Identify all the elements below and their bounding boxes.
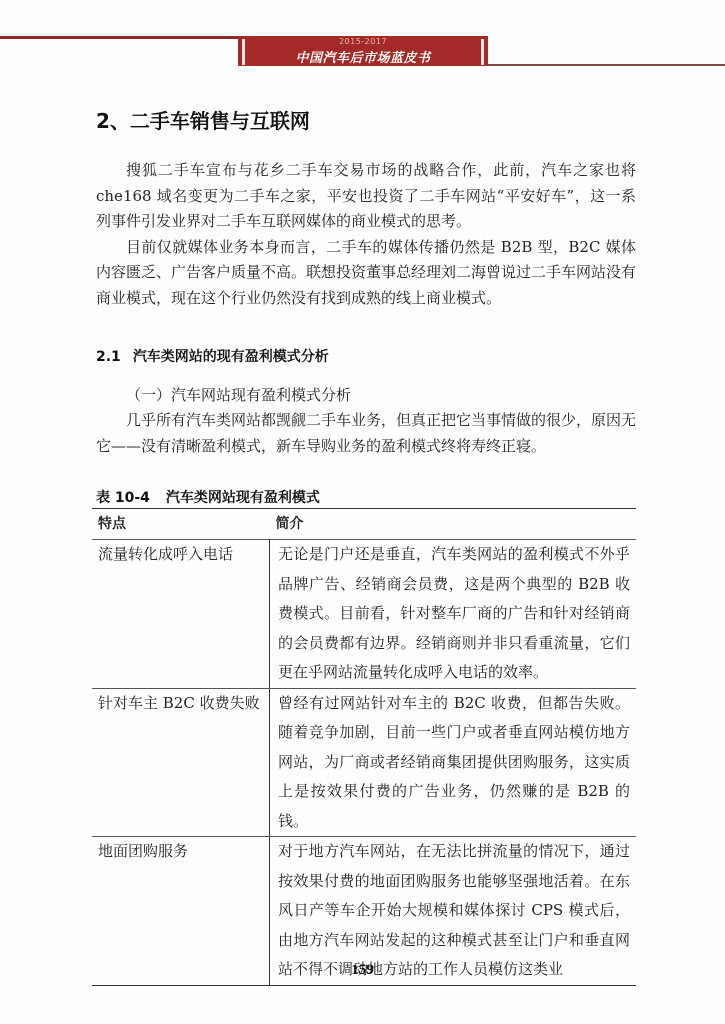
table-row: 针对车主 B2C 收费失败 曾经有过网站针对车主的 B2C 收费，但都告失败。随… <box>92 688 636 837</box>
profit-model-table: 特点 简介 流量转化成呼入电话 无论是门户还是垂直，汽车类网站的盈利模式不外乎品… <box>92 508 636 986</box>
paragraph: 目前仅就媒体业务本身而言，二手车的媒体传播仍然是 B2B 型，B2C 媒体内容匮… <box>96 235 636 312</box>
table-header-row: 特点 简介 <box>92 509 636 540</box>
cell-feature: 针对车主 B2C 收费失败 <box>92 688 270 837</box>
column-header-description: 简介 <box>270 509 637 540</box>
cell-description: 无论是门户还是垂直，汽车类网站的盈利模式不外乎品牌广告、经销商会员费，这是两个典… <box>270 540 637 689</box>
header-rule-left <box>0 36 240 39</box>
table-caption: 表 10-4汽车类网站现有盈利模式 <box>96 487 320 507</box>
paragraph: 几乎所有汽车类网站都觊觎二手车业务，但真正把它当事情做的很少，原因无它——没有清… <box>96 408 636 459</box>
section-body: 搜狐二手车宣布与花乡二手车交易市场的战略合作，此前，汽车之家也将 che168 … <box>96 158 636 311</box>
cell-feature: 流量转化成呼入电话 <box>92 540 270 689</box>
column-header-feature: 特点 <box>92 509 270 540</box>
header-banner: 2015-2017 中国汽车后市场蓝皮书 <box>238 36 488 66</box>
paragraph: 搜狐二手车宣布与花乡二手车交易市场的战略合作，此前，汽车之家也将 che168 … <box>96 158 636 235</box>
banner-title: 中国汽车后市场蓝皮书 <box>238 47 488 66</box>
table-row: 流量转化成呼入电话 无论是门户还是垂直，汽车类网站的盈利模式不外乎品牌广告、经销… <box>92 540 636 689</box>
header-rule-right <box>488 64 725 66</box>
subsection-body: 几乎所有汽车类网站都觊觎二手车业务，但真正把它当事情做的很少，原因无它——没有清… <box>96 408 636 459</box>
sub-heading: （一）汽车网站现有盈利模式分析 <box>126 384 351 405</box>
subsection-title: 2.1汽车类网站的现有盈利模式分析 <box>96 346 329 366</box>
banner-years: 2015-2017 <box>238 37 488 46</box>
table-caption-number: 表 10-4 <box>96 490 150 506</box>
table-caption-title: 汽车类网站现有盈利模式 <box>166 490 320 506</box>
subsection-title-text: 汽车类网站的现有盈利模式分析 <box>133 349 329 365</box>
subsection-number: 2.1 <box>96 349 121 365</box>
page-number: 159 <box>0 962 725 979</box>
cell-description: 曾经有过网站针对车主的 B2C 收费，但都告失败。随着竞争加剧，目前一些门户或者… <box>270 688 637 837</box>
section-title: 2、二手车销售与互联网 <box>96 105 310 134</box>
